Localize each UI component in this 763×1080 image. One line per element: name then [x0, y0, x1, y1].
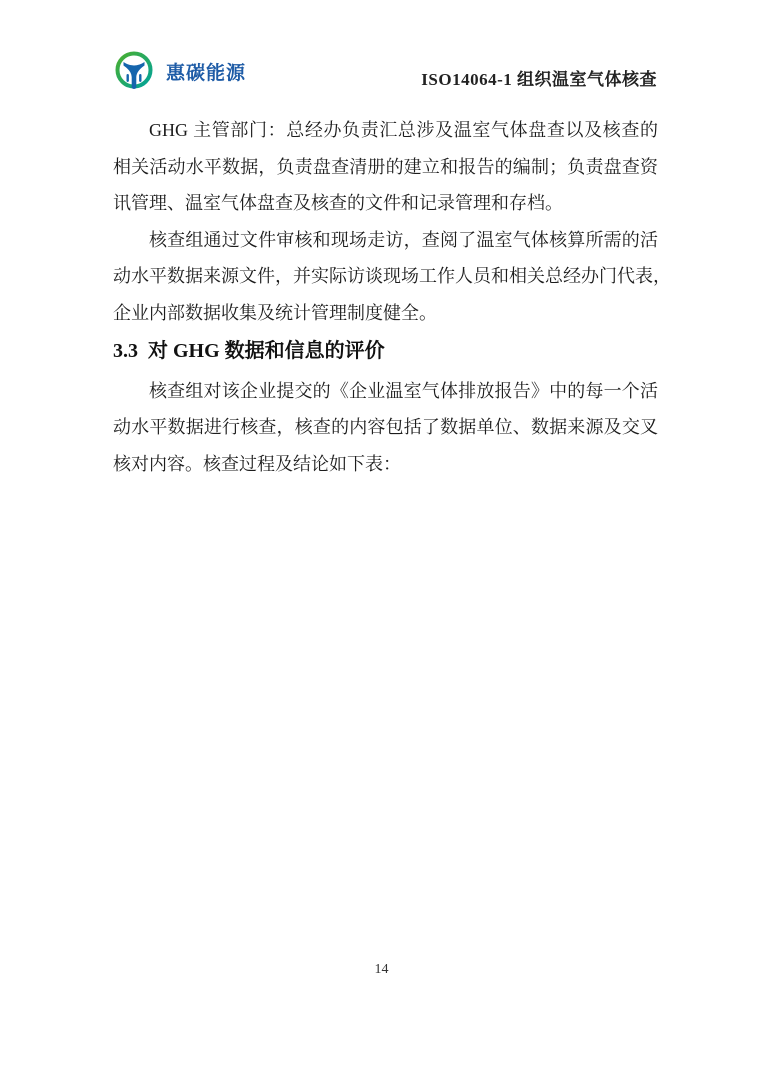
section-heading: 3.3 对 GHG 数据和信息的评价 [113, 334, 658, 368]
text-line: GHG 主管部门：总经办负责汇总涉及温室气体盘查以及核查的 [113, 112, 658, 149]
brand: 惠碳能源 [113, 50, 246, 96]
brand-name: 惠碳能源 [166, 58, 246, 89]
page-footer: 14 [0, 960, 763, 978]
doc-title: ISO14064-1 组织温室气体核查 [421, 65, 657, 96]
text-line: 核查组通过文件审核和现场走访，查阅了温室气体核算所需的活 [113, 222, 658, 259]
paragraph: 核查组通过文件审核和现场走访，查阅了温室气体核算所需的活动水平数据来源文件，并实… [113, 222, 658, 332]
text-line: 动水平数据进行核查，核查的内容包括了数据单位、数据来源及交叉 [113, 409, 658, 446]
text-line: 讯管理、温室气体盘查及核查的文件和记录管理和存档。 [113, 185, 658, 222]
document-body: GHG 主管部门：总经办负责汇总涉及温室气体盘查以及核查的相关活动水平数据，负责… [113, 112, 658, 482]
page-number: 14 [375, 962, 389, 977]
paragraph: 核查组对该企业提交的《企业温室气体排放报告》中的每一个活动水平数据进行核查，核查… [113, 373, 658, 483]
huitan-energy-logo-icon [113, 50, 155, 96]
text-line: 核对内容。核查过程及结论如下表： [113, 446, 658, 483]
text-line: 核查组对该企业提交的《企业温室气体排放报告》中的每一个活 [113, 373, 658, 410]
document-page: { "header": { "brand_name": "惠碳能源", "bra… [0, 0, 763, 1080]
paragraph: GHG 主管部门：总经办负责汇总涉及温室气体盘查以及核查的相关活动水平数据，负责… [113, 112, 658, 222]
page-header: 惠碳能源 ISO14064-1 组织温室气体核查 [113, 50, 657, 96]
text-line: 相关活动水平数据，负责盘查清册的建立和报告的编制；负责盘查资 [113, 149, 658, 186]
text-line: 动水平数据来源文件，并实际访谈现场工作人员和相关总经办门代表， [113, 258, 658, 295]
text-line: 企业内部数据收集及统计管理制度健全。 [113, 295, 658, 332]
